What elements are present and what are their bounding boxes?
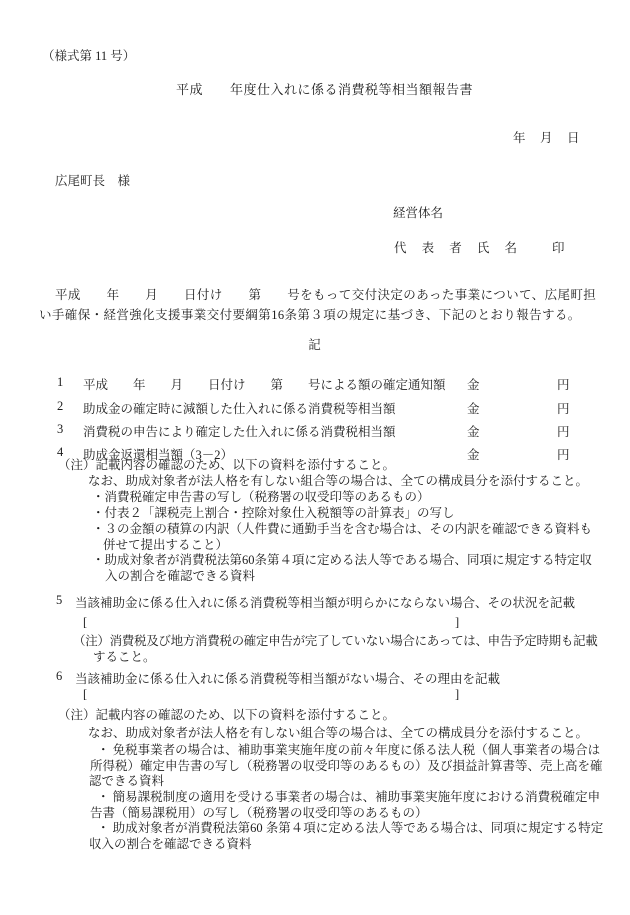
record-heading: 記 (0, 338, 630, 354)
currency-label: 金 (467, 422, 480, 440)
note2-line: 認できる資料 (89, 774, 164, 790)
currency-label: 金 (467, 445, 480, 463)
note1-bullet: ・消費税確定申告書の写し（税務署の収受印等のあるもの） (92, 490, 430, 506)
item-row-5: 5 当該補助金に係る仕入れに係る消費税等相当額が明らかにならない場合、その状況を… (0, 593, 630, 611)
note2-line: 告書（簡易課税用）の写し（税務署の収受印等のあるもの） (90, 806, 428, 822)
note2-line: 所得税）確定申告書の写し（税務署の収受印等のあるもの）及び損益計算書等、売上高を… (90, 759, 603, 775)
unit-label: 円 (557, 375, 570, 393)
item-row-6: 6 当該補助金に係る仕入れに係る消費税等相当額がない場合、その理由を記載 (0, 669, 630, 687)
representative-label: 代 表 者 氏 名 (394, 241, 523, 255)
note1-line: 併せて提出すること） (103, 538, 228, 554)
note1-line: 入の割合を確認できる資料 (105, 569, 255, 585)
document-title: 平成 年度仕入れに係る消費税等相当額報告書 (176, 82, 473, 98)
item-label: 当該補助金に係る仕入れに係る消費税等相当額が明らかにならない場合、その状況を記載 (75, 593, 575, 611)
item-number: 5 (56, 593, 62, 608)
note2-bullet: ・ 免税事業者の場合は、補助事業実施年度の前々年度に係る法人税（個人事業者の場合… (97, 743, 600, 759)
note1-bullet: ・助成対象者が消費税法第60条第４項に定める法人等である場合、同項に規定する特定… (92, 553, 592, 569)
bracket-close: ] (455, 687, 459, 702)
item-label: 当該補助金に係る仕入れに係る消費税等相当額がない場合、その理由を記載 (75, 669, 500, 687)
unit-label: 円 (557, 399, 570, 417)
currency-label: 金 (467, 399, 480, 417)
item-number: 1 (57, 375, 63, 390)
date-field: 年 月 日 (513, 131, 581, 147)
bracket-close: ] (455, 615, 459, 630)
note2-bullet: ・ 助成対象者が消費税法第60 条第４項に定める法人等である場合は、同項に規定す… (97, 821, 603, 837)
note2-line: （注）記載内容の確認のため、以下の資料を添付すること。 (58, 708, 395, 724)
representative-row: 代 表 者 氏 名 印 (394, 241, 630, 257)
item-row-3: 3 消費税の申告により確定した仕入れに係る消費税相当額 金 円 (0, 422, 630, 440)
item5-note-line: （注）消費税及び地方消費税の確定申告が完了していない場合にあっては、申告予定時期… (73, 634, 597, 650)
item5-fill-in-area: [ ] (0, 615, 630, 633)
currency-label: 金 (467, 375, 480, 393)
item-number: 3 (57, 422, 63, 437)
seal-label: 印 (552, 241, 565, 257)
note1-bullet: ・３の金額の積算の内訳（人件費に通勤手当を含む場合は、その内訳を確認できる資料も (92, 522, 592, 538)
item-label: 平成 年 月 日付け 第 号による額の確定通知額 (83, 375, 446, 393)
item-label: 消費税の申告により確定した仕入れに係る消費税相当額 (83, 422, 396, 440)
item-number: 2 (57, 399, 63, 414)
form-style-number: （様式第 11 号） (42, 49, 135, 65)
unit-label: 円 (557, 422, 570, 440)
note1-line: なお、助成対象者が法人格を有しない組合等の場合は、全ての構成員分を添付すること。 (88, 474, 588, 490)
item-row-1: 1 平成 年 月 日付け 第 号による額の確定通知額 金 円 (0, 375, 630, 393)
entity-name-label: 経営体名 (393, 206, 443, 222)
note2-line: 収入の割合を確認できる資料 (89, 837, 252, 853)
bracket-open: [ (83, 687, 87, 702)
note2-line: なお、助成対象者が法人格を有しない組合等の場合は、全ての構成員分を添付すること。 (88, 726, 588, 742)
unit-label: 円 (557, 445, 570, 463)
addressee: 広尾町長 様 (55, 174, 130, 190)
bracket-open: [ (83, 615, 87, 630)
item6-fill-in-area: [ ] (0, 687, 630, 705)
intro-line-2: い手確保・経営強化支援事業交付要綱第16条第３項の規定に基づき、下記のとおり報告… (39, 308, 581, 324)
item5-note-line: すること。 (93, 650, 156, 666)
note1-line: （注）記載内容の確認のため、以下の資料を添付すること。 (58, 458, 395, 474)
note2-bullet: ・ 簡易課税制度の適用を受ける事業者の場合は、補助事業実施年度における消費税確定… (97, 790, 600, 806)
item-label: 助成金の確定時に減額した仕入れに係る消費税等相当額 (83, 399, 396, 417)
item-row-2: 2 助成金の確定時に減額した仕入れに係る消費税等相当額 金 円 (0, 399, 630, 417)
item-number: 6 (56, 669, 62, 684)
intro-line-1: 平成 年 月 日付け 第 号をもって交付決定のあった事業について、広尾町担 (55, 288, 596, 304)
note1-bullet: ・付表２「課税売上割合・控除対象仕入税額等の計算表」の写し (92, 506, 455, 522)
document-page: （様式第 11 号） 平成 年度仕入れに係る消費税等相当額報告書 年 月 日 広… (0, 0, 630, 915)
